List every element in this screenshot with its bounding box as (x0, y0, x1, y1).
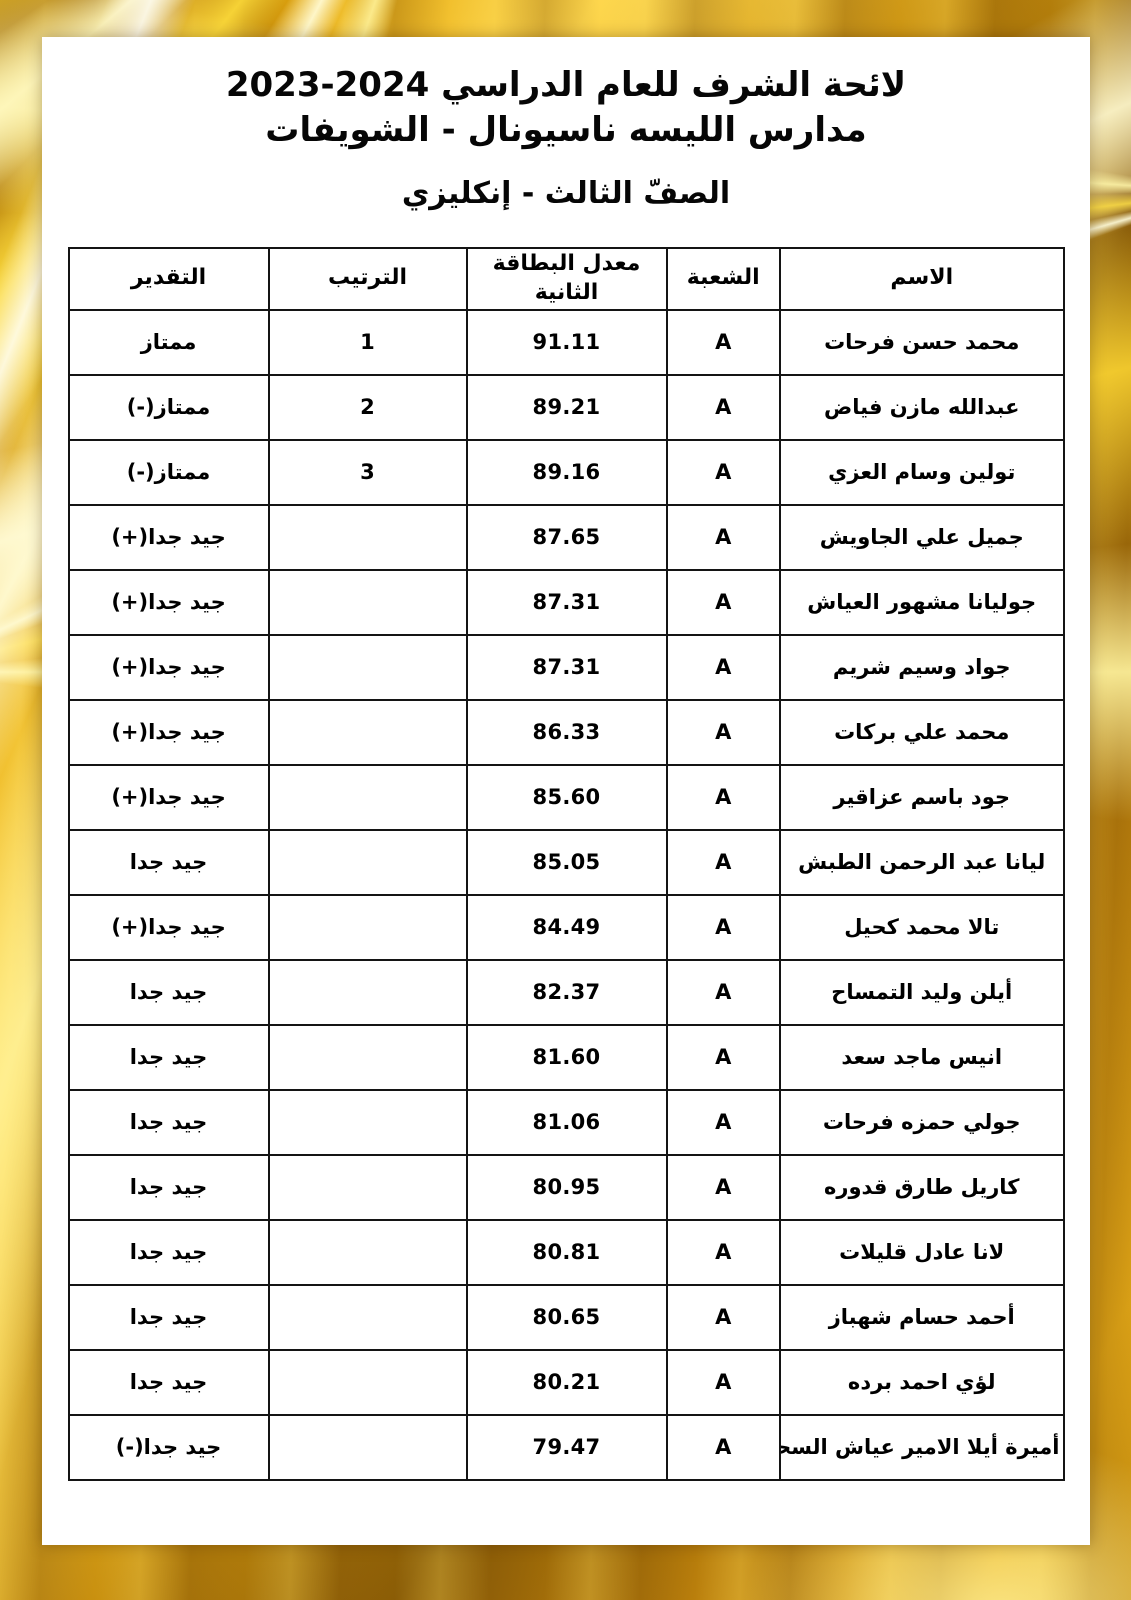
table-row: لانا عادل قليلاتA80.81جيد جدا (69, 1220, 1064, 1285)
cell-rating: جيد جدا (69, 1025, 269, 1090)
cell-rating: ممتاز (69, 310, 269, 375)
cell-name: جولي حمزه فرحات (780, 1090, 1064, 1155)
cell-rank (269, 830, 467, 895)
table-row: محمد حسن فرحاتA91.111ممتاز (69, 310, 1064, 375)
table-row: ليانا عبد الرحمن الطبشA85.05جيد جدا (69, 830, 1064, 895)
column-header-average-label: معدل البطاقة الثانية (481, 250, 653, 307)
cell-rating: جيد جدا (69, 960, 269, 1025)
cell-rank (269, 765, 467, 830)
honor-roll-table: الاسم الشعبة معدل البطاقة الثانية الترتي… (68, 247, 1065, 1481)
cell-average: 82.37 (467, 960, 667, 1025)
cell-rating: جيد جدا(+) (69, 635, 269, 700)
cell-section: A (667, 1155, 780, 1220)
cell-section: A (667, 895, 780, 960)
table-row: أحمد حسام شهبازA80.65جيد جدا (69, 1285, 1064, 1350)
cell-rating: جيد جدا(+) (69, 700, 269, 765)
cell-rating: ممتاز(-) (69, 440, 269, 505)
cell-rating: جيد جدا(-) (69, 1415, 269, 1480)
table-row: لؤي احمد بردهA80.21جيد جدا (69, 1350, 1064, 1415)
screen: { "header": { "title_line1": "لائحة الشر… (0, 0, 1131, 1600)
cell-name: جود باسم عزاقير (780, 765, 1064, 830)
cell-average: 80.81 (467, 1220, 667, 1285)
table-header-row: الاسم الشعبة معدل البطاقة الثانية الترتي… (69, 248, 1064, 310)
table-row: أميرة أيلا الامير عياش السحمرانيA79.47جي… (69, 1415, 1064, 1480)
cell-section: A (667, 1090, 780, 1155)
cell-section: A (667, 1220, 780, 1285)
cell-section: A (667, 1350, 780, 1415)
cell-rating: جيد جدا (69, 830, 269, 895)
cell-section: A (667, 570, 780, 635)
cell-rank (269, 635, 467, 700)
cell-average: 87.65 (467, 505, 667, 570)
cell-section: A (667, 375, 780, 440)
table-row: جود باسم عزاقيرA85.60جيد جدا(+) (69, 765, 1064, 830)
cell-average: 80.95 (467, 1155, 667, 1220)
cell-rank: 3 (269, 440, 467, 505)
column-header-rank: الترتيب (269, 248, 467, 310)
table-row: عبدالله مازن فياضA89.212ممتاز(-) (69, 375, 1064, 440)
cell-rank (269, 1285, 467, 1350)
cell-average: 85.60 (467, 765, 667, 830)
table-body: محمد حسن فرحاتA91.111ممتازعبدالله مازن ف… (69, 310, 1064, 1480)
document-page: لائحة الشرف للعام الدراسي 2024-2023 مدار… (42, 37, 1090, 1545)
cell-rank (269, 1415, 467, 1480)
cell-name: جميل علي الجاويش (780, 505, 1064, 570)
cell-average: 91.11 (467, 310, 667, 375)
table-row: انيس ماجد سعدA81.60جيد جدا (69, 1025, 1064, 1090)
cell-rating: جيد جدا(+) (69, 895, 269, 960)
cell-rating: جيد جدا(+) (69, 505, 269, 570)
cell-name: جوليانا مشهور العياش (780, 570, 1064, 635)
cell-average: 81.60 (467, 1025, 667, 1090)
cell-average: 81.06 (467, 1090, 667, 1155)
cell-name: كاريل طارق قدوره (780, 1155, 1064, 1220)
cell-section: A (667, 1025, 780, 1090)
table-row: أيلن وليد التمساحA82.37جيد جدا (69, 960, 1064, 1025)
cell-section: A (667, 635, 780, 700)
cell-section: A (667, 830, 780, 895)
cell-average: 89.16 (467, 440, 667, 505)
cell-rating: جيد جدا (69, 1285, 269, 1350)
column-header-name: الاسم (780, 248, 1064, 310)
cell-average: 89.21 (467, 375, 667, 440)
cell-name: محمد حسن فرحات (780, 310, 1064, 375)
cell-rating: جيد جدا(+) (69, 765, 269, 830)
cell-name: انيس ماجد سعد (780, 1025, 1064, 1090)
cell-name: أيلن وليد التمساح (780, 960, 1064, 1025)
cell-rating: جيد جدا(+) (69, 570, 269, 635)
cell-section: A (667, 1285, 780, 1350)
cell-section: A (667, 765, 780, 830)
cell-name: أحمد حسام شهباز (780, 1285, 1064, 1350)
table-row: جولي حمزه فرحاتA81.06جيد جدا (69, 1090, 1064, 1155)
cell-rank: 2 (269, 375, 467, 440)
cell-rank (269, 570, 467, 635)
cell-section: A (667, 960, 780, 1025)
class-subtitle: الصفّ الثالث - إنكليزي (42, 176, 1090, 211)
cell-average: 87.31 (467, 635, 667, 700)
cell-rating: ممتاز(-) (69, 375, 269, 440)
cell-name: أميرة أيلا الامير عياش السحمراني (780, 1415, 1064, 1480)
document-title: لائحة الشرف للعام الدراسي 2024-2023 مدار… (42, 63, 1090, 153)
cell-rating: جيد جدا (69, 1155, 269, 1220)
cell-average: 87.31 (467, 570, 667, 635)
cell-rank (269, 505, 467, 570)
cell-name: عبدالله مازن فياض (780, 375, 1064, 440)
table-row: كاريل طارق قدورهA80.95جيد جدا (69, 1155, 1064, 1220)
cell-section: A (667, 505, 780, 570)
cell-rank (269, 895, 467, 960)
cell-rank (269, 1220, 467, 1285)
cell-section: A (667, 700, 780, 765)
cell-average: 84.49 (467, 895, 667, 960)
cell-rank (269, 1090, 467, 1155)
column-header-average: معدل البطاقة الثانية (467, 248, 667, 310)
cell-name: محمد علي بركات (780, 700, 1064, 765)
cell-rank: 1 (269, 310, 467, 375)
cell-rating: جيد جدا (69, 1090, 269, 1155)
cell-rank (269, 700, 467, 765)
title-line-1: لائحة الشرف للعام الدراسي 2024-2023 (42, 63, 1090, 108)
cell-name: لانا عادل قليلات (780, 1220, 1064, 1285)
table-row: جوليانا مشهور العياشA87.31جيد جدا(+) (69, 570, 1064, 635)
cell-rank (269, 1155, 467, 1220)
cell-average: 80.21 (467, 1350, 667, 1415)
table-row: جميل علي الجاويشA87.65جيد جدا(+) (69, 505, 1064, 570)
cell-rank (269, 1350, 467, 1415)
table-row: تولين وسام العزيA89.163ممتاز(-) (69, 440, 1064, 505)
cell-average: 86.33 (467, 700, 667, 765)
cell-rank (269, 960, 467, 1025)
table-row: جواد وسيم شريمA87.31جيد جدا(+) (69, 635, 1064, 700)
column-header-section: الشعبة (667, 248, 780, 310)
cell-name: تالا محمد كحيل (780, 895, 1064, 960)
cell-average: 80.65 (467, 1285, 667, 1350)
cell-average: 79.47 (467, 1415, 667, 1480)
table-row: محمد علي بركاتA86.33جيد جدا(+) (69, 700, 1064, 765)
column-header-rating: التقدير (69, 248, 269, 310)
cell-name: تولين وسام العزي (780, 440, 1064, 505)
cell-average: 85.05 (467, 830, 667, 895)
cell-rank (269, 1025, 467, 1090)
cell-section: A (667, 310, 780, 375)
cell-name: لؤي احمد برده (780, 1350, 1064, 1415)
cell-name: جواد وسيم شريم (780, 635, 1064, 700)
cell-section: A (667, 1415, 780, 1480)
cell-section: A (667, 440, 780, 505)
cell-rating: جيد جدا (69, 1350, 269, 1415)
title-line-2: مدارس الليسه ناسيونال - الشويفات (42, 108, 1090, 153)
table-row: تالا محمد كحيلA84.49جيد جدا(+) (69, 895, 1064, 960)
cell-name: ليانا عبد الرحمن الطبش (780, 830, 1064, 895)
cell-rating: جيد جدا (69, 1220, 269, 1285)
